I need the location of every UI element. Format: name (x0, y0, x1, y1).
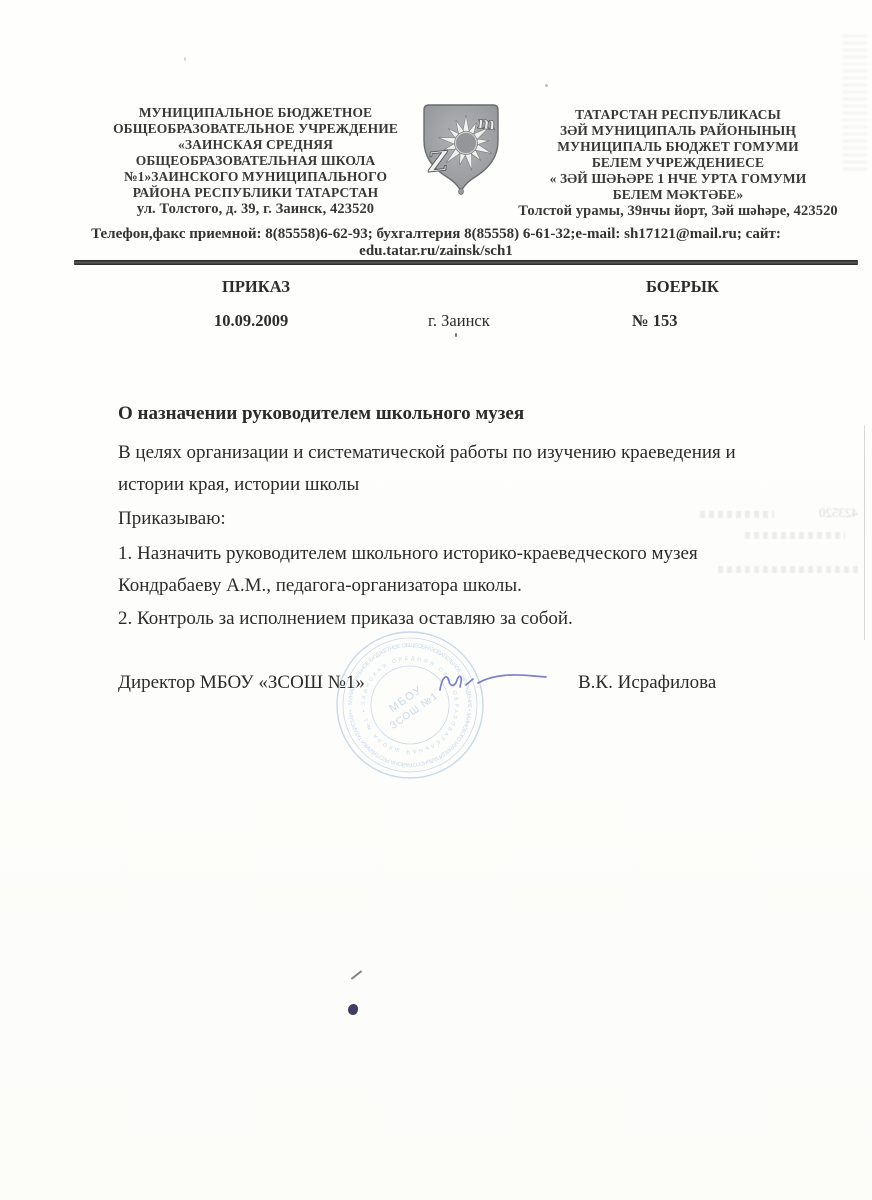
contact-line-1: Телефон,факс приемной: 8(85558)6-62-93; … (40, 226, 832, 243)
contact-line-2: edu.tatar.ru/zainsk/sch1 (40, 243, 832, 260)
pen-slash-mark (351, 970, 362, 980)
scan-speck (184, 57, 186, 61)
order-number: № 153 (632, 311, 677, 331)
letterhead-right-line: МУНИЦИПАЛЬ БЮДЖЕТ ГОМУМИ (490, 139, 866, 155)
bleed-through-smudge (718, 566, 858, 573)
letterhead-right: ТАТАРСТАН РЕСПУБЛИКАСЫ ЗӘЙ МУНИЦИПАЛЬ РА… (490, 107, 866, 219)
letterhead-left-line: ОБЩЕОБРАЗОВАТЕЛЬНОЕ УЧРЕЖДЕНИЕ (88, 121, 423, 137)
bleed-through-ghost-text: 423520 (772, 505, 858, 521)
order-decree-word: Приказываю: (118, 503, 774, 535)
letterhead-right-line: БЕЛЕМ УЧРЕЖДЕНИЕСЕ (490, 155, 866, 171)
order-date: 10.09.2009 (214, 311, 288, 331)
letterhead-left-line: «ЗАИНСКАЯ СРЕДНЯЯ (88, 137, 423, 153)
letterhead-left-address: ул. Толстого, д. 39, г. Заинск, 423520 (88, 201, 423, 217)
order-subject: О назначении руководителем школьного муз… (118, 398, 774, 430)
handwritten-signature (432, 660, 562, 706)
letterhead-right-line: БЕЛЕМ МӘКТӘБЕ» (490, 187, 866, 203)
bleed-through-smudge (745, 532, 845, 539)
letterhead-right-line: ТАТАРСТАН РЕСПУБЛИКАСЫ (490, 107, 866, 123)
letterhead-left-line: ОБЩЕОБРАЗОВАТЕЛЬНАЯ ШКОЛА (88, 153, 423, 169)
signature-position-title: Директор МБОУ «ЗСОШ №1» (118, 672, 365, 694)
letterhead-left-line: РАЙОНА РЕСПУБЛИКИ ТАТАРСТАН (88, 185, 423, 201)
order-label-tatar: БОЕРЫК (646, 277, 719, 297)
scan-edge-line (864, 425, 865, 640)
letterhead-right-line: ЗӘЙ МУНИЦИПАЛЬ РАЙОНЫНЫҢ (490, 123, 866, 139)
letterhead-left-line: МУНИЦИПАЛЬНОЕ БЮДЖЕТНОЕ (88, 105, 423, 121)
signature-name: В.К. Исрафилова (578, 672, 716, 694)
bleed-through-smudge (700, 511, 774, 518)
contact-info: Телефон,факс приемной: 8(85558)6-62-93; … (40, 226, 832, 259)
scan-speck (455, 333, 457, 337)
letterhead-right-address: Толстой урамы, 39нчы йорт, Зәй шәһәре, 4… (490, 203, 866, 219)
letterhead-left: МУНИЦИПАЛЬНОЕ БЮДЖЕТНОЕ ОБЩЕОБРАЗОВАТЕЛЬ… (88, 105, 423, 217)
order-preamble: В целях организации и систематической ра… (118, 437, 774, 501)
letterhead-right-line: « ЗӘЙ ШӘҺӘРЕ 1 НЧЕ УРТА ГОМУМИ (490, 171, 866, 187)
letterhead-left-line: №1»ЗАИНСКОГО МУНИЦИПАЛЬНОГО (88, 169, 423, 185)
scanned-order-document: МУНИЦИПАЛЬНОЕ БЮДЖЕТНОЕ ОБЩЕОБРАЗОВАТЕЛЬ… (0, 0, 872, 1200)
order-label-ru: ПРИКАЗ (222, 277, 290, 297)
letterhead-divider-rule (74, 260, 858, 265)
ink-blob-mark (348, 1004, 358, 1015)
order-place: г. Заинск (428, 311, 490, 331)
scan-edge-noise (843, 30, 867, 170)
order-item-1: 1. Назначить руководителем школьного ист… (118, 538, 774, 602)
scan-speck (545, 84, 548, 87)
